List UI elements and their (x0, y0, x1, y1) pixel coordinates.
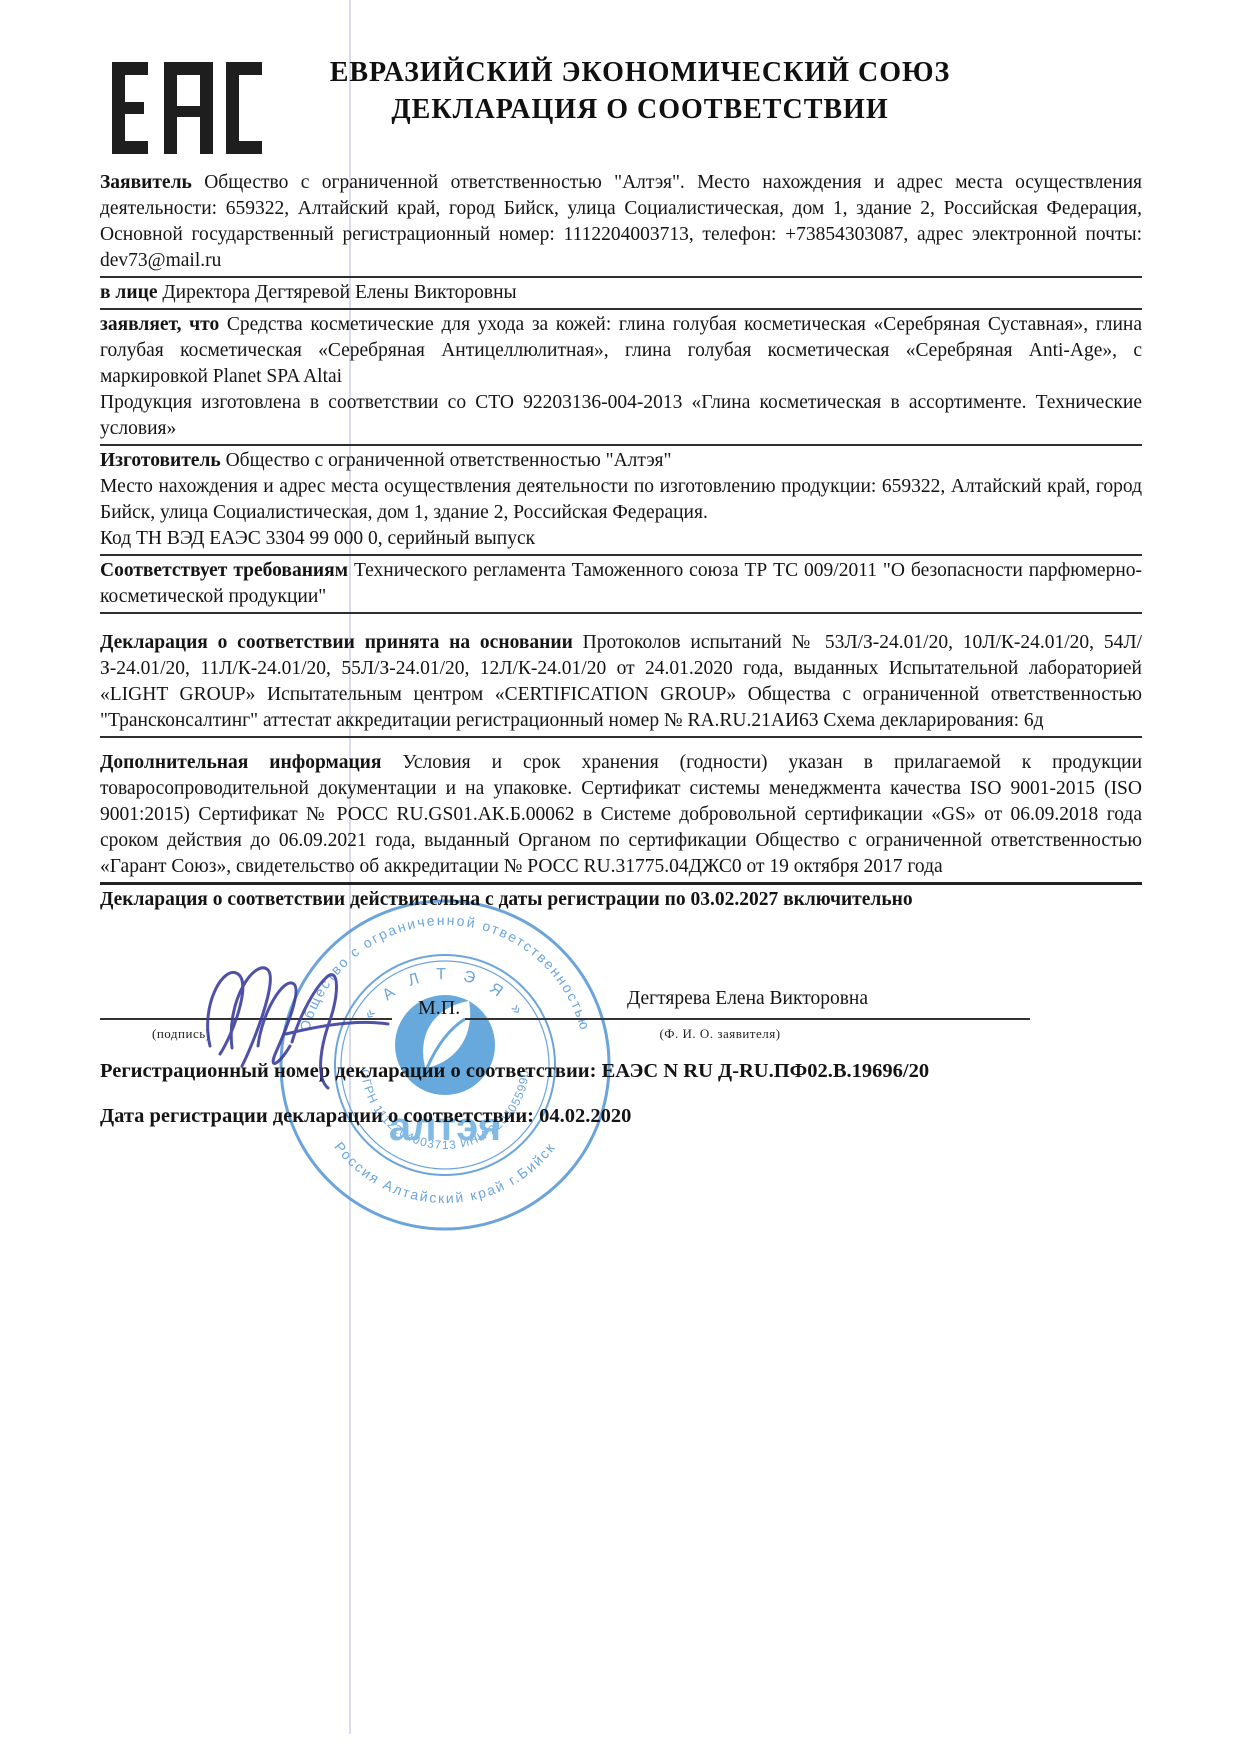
complies-label: Соответствует требованиям (100, 560, 348, 581)
registration-number-value: ЕАЭС N RU Д-RU.ПФ02.В.19696/20 (602, 1060, 930, 1082)
basis-label: Декларация о соответствии принята на осн… (100, 632, 573, 653)
declares-label: заявляет, что (100, 314, 219, 335)
manufacturer-address: Место нахождения и адрес места осуществл… (100, 474, 1142, 526)
declares-text: Средства косметические для ухода за коже… (100, 314, 1142, 387)
applicant-text: Общество с ограниченной ответственностью… (100, 172, 1142, 271)
registration-date-label: Дата регистрации декларации о соответств… (100, 1105, 534, 1127)
signer-name-line (465, 1018, 1030, 1020)
signer-name-caption: (Ф. И. О. заявителя) (560, 1026, 880, 1042)
registration-date-line: Дата регистрации декларации о соответств… (100, 1105, 631, 1128)
applicant-paragraph: Заявитель Общество с ограниченной ответс… (100, 170, 1142, 274)
document-body: Заявитель Общество с ограниченной ответс… (100, 170, 1142, 913)
divider (100, 736, 1142, 738)
divider (100, 612, 1142, 614)
manufacturer-text: Общество с ограниченной ответственностью… (226, 450, 672, 471)
title-declaration: ДЕКЛАРАЦИЯ О СООТВЕТСТВИИ (285, 91, 995, 128)
eac-mark-icon (112, 62, 262, 159)
in-person-paragraph: в лице Директора Дегтяревой Елены Виктор… (100, 280, 1142, 306)
stamp-place-label: М.П. (418, 997, 460, 1020)
in-person-text: Директора Дегтяревой Елены Викторовны (162, 282, 516, 303)
handwritten-signature (198, 950, 398, 1095)
spacer (100, 616, 1142, 630)
production-standard-paragraph: Продукция изготовлена в соответствии со … (100, 390, 1142, 442)
in-person-label: в лице (100, 282, 157, 303)
document-title: ЕВРАЗИЙСКИЙ ЭКОНОМИЧЕСКИЙ СОЮЗ ДЕКЛАРАЦИ… (285, 54, 995, 128)
divider-thick (100, 882, 1142, 885)
additional-info-paragraph: Дополнительная информация Условия и срок… (100, 750, 1142, 880)
document-header: ЕВРАЗИЙСКИЙ ЭКОНОМИЧЕСКИЙ СОЮЗ ДЕКЛАРАЦИ… (0, 52, 1240, 162)
additional-info-label: Дополнительная информация (100, 752, 381, 773)
declares-paragraph: заявляет, что Средства косметические для… (100, 312, 1142, 390)
complies-paragraph: Соответствует требованиям Технического р… (100, 558, 1142, 610)
divider (100, 444, 1142, 446)
signer-name: Дегтярева Елена Викторовна (465, 988, 1030, 1010)
manufacturer-paragraph: Изготовитель Общество с ограниченной отв… (100, 448, 1142, 474)
divider (100, 554, 1142, 556)
divider (100, 276, 1142, 278)
tnved-code-line: Код ТН ВЭД ЕАЭС 3304 99 000 0, серийный … (100, 526, 1142, 552)
basis-paragraph: Декларация о соответствии принята на осн… (100, 630, 1142, 734)
validity-line: Декларация о соответствии действительна … (100, 887, 1142, 913)
divider (100, 308, 1142, 310)
applicant-label: Заявитель (100, 172, 192, 193)
declaration-document: ЕВРАЗИЙСКИЙ ЭКОНОМИЧЕСКИЙ СОЮЗ ДЕКЛАРАЦИ… (0, 0, 1240, 1753)
title-union: ЕВРАЗИЙСКИЙ ЭКОНОМИЧЕСКИЙ СОЮЗ (285, 54, 995, 91)
registration-date-value: 04.02.2020 (539, 1105, 631, 1127)
manufacturer-label: Изготовитель (100, 450, 221, 471)
spacer (100, 740, 1142, 750)
